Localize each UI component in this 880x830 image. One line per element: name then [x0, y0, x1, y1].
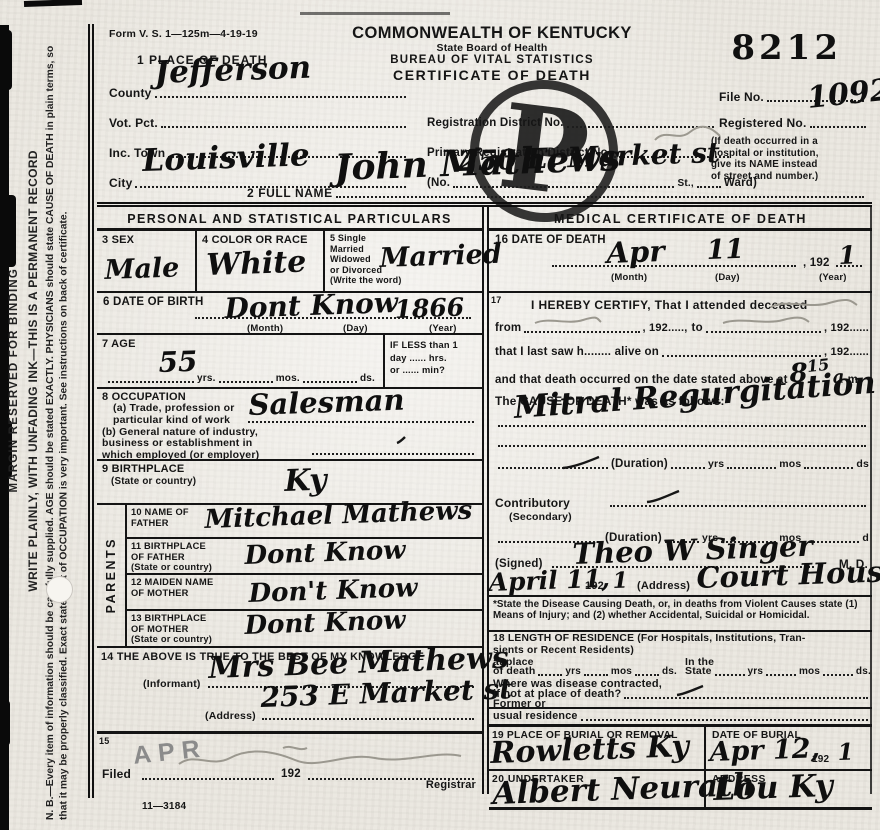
file-no-label: File No. [719, 91, 764, 104]
dob-label: 6 DATE OF BIRTH [103, 296, 204, 309]
pen-mark [561, 455, 601, 471]
pen-mark [675, 684, 705, 698]
duration2-d-label: d [862, 532, 869, 545]
to-label: to [692, 322, 703, 335]
state-mos-label: mos [799, 665, 820, 678]
undertaker-address-cell: ADDRESS Lou Ky [704, 771, 872, 807]
full-name-value: John Mathews [334, 140, 621, 186]
dob-year-value: 1866 [394, 295, 464, 322]
age-label: 7 AGE [102, 338, 136, 351]
mother-maiden-name-value: Don't Know [248, 575, 418, 607]
header-titles: COMMONWEALTH OF KENTUCKY State Board of … [332, 24, 652, 83]
filed-section-number: 15 [99, 735, 109, 748]
state-ds-label: ds. [856, 665, 871, 678]
dob-month-caption: (Month) [247, 322, 283, 335]
dotted-leader [161, 124, 406, 128]
dotted-leader [584, 672, 608, 676]
father-name-value: Mitchael Mathews [204, 498, 473, 533]
res-yrs-label: yrs [565, 665, 581, 678]
from-year-dots: , 192....., [643, 322, 688, 335]
age-yrs-label: yrs. [197, 372, 216, 385]
pen-scribble [721, 315, 811, 327]
scan-blob [0, 700, 10, 746]
duration-label: (Duration) [611, 458, 668, 471]
hole-punch [46, 576, 73, 603]
dotted-leader [715, 672, 745, 676]
race-value: White [206, 248, 307, 281]
dob-value: Dont Know [224, 289, 398, 323]
cause-footnote: *State the Disease Causing Death, or, in… [493, 599, 871, 621]
dob-day-caption: (Day) [343, 322, 368, 335]
dotted-leader [552, 263, 796, 267]
state-board-subtitle: State Board of Health [332, 42, 652, 54]
city-label: City [109, 177, 132, 190]
dotted-leader [108, 379, 194, 383]
burial-year-print: 192 [812, 753, 829, 766]
mother-maiden-name-label: 12 MAIDEN NAME OF MOTHER [131, 577, 213, 598]
death-month-value: Apr [606, 237, 665, 268]
dotted-leader [810, 124, 867, 128]
dotted-leader [538, 672, 562, 676]
death-year-print-label: , 192 [803, 257, 830, 270]
county-value: Jefferson [154, 53, 312, 89]
pen-mark [395, 435, 407, 445]
voting-precinct-label: Vot. Pct. [109, 117, 158, 130]
hospital-note: (If death occurred in a hospital or inst… [711, 136, 873, 182]
burial-year-value: 1 [837, 740, 854, 764]
marital-cell: 5 Single Married Widowed or Divorced (Wr… [325, 231, 482, 291]
dotted-leader [662, 353, 821, 357]
dob-year-caption: (Year) [429, 322, 457, 335]
mother-birthplace-value: Dont Know [244, 607, 406, 639]
date-of-death-label: 16 DATE OF DEATH [495, 234, 606, 247]
certify-statement: I HEREBY CERTIFY, That I attended deceas… [531, 299, 808, 312]
dotted-leader [804, 539, 859, 543]
birthplace-sub-label: (State or country) [111, 475, 196, 488]
signed-address-label: (Address) [637, 580, 690, 593]
dotted-leader [635, 672, 659, 676]
dotted-leader [219, 379, 273, 383]
dod-month-caption: (Month) [611, 271, 647, 284]
residence-section-label: 18 LENGTH OF RESIDENCE (For Hospitals, I… [493, 633, 806, 656]
bureau-subtitle: BUREAU OF VITAL STATISTICS [332, 54, 652, 67]
dotted-leader [706, 329, 821, 333]
registered-no-value: 1092 [806, 75, 880, 114]
to-year-dots: , 192...... [824, 322, 869, 335]
father-birthplace-value: Dont Know [244, 537, 406, 569]
mother-birthplace-label: 13 BIRTHPLACE OF MOTHER (State or countr… [131, 613, 212, 645]
margin-write-plainly-label: WRITE PLAINLY, WITH UNFADING INK—THIS IS… [26, 150, 40, 592]
form-left-double-border [88, 24, 94, 798]
last-saw-label: that I last saw h........ alive on [495, 346, 659, 359]
parents-label: PARENTS [105, 537, 118, 613]
dotted-leader [155, 94, 406, 98]
state-yrs-label: yrs [748, 665, 764, 678]
if-less-label: IF LESS than 1 day ...... hrs. or ......… [390, 339, 458, 377]
registered-no-label: Registered No. [719, 117, 807, 130]
form-columns: PERSONAL AND STATISTICAL PARTICULARS 3 S… [97, 207, 872, 794]
dotted-leader [766, 672, 796, 676]
dod-year-caption: (Year) [819, 271, 847, 284]
medical-column: MEDICAL CERTIFICATE OF DEATH 16 DATE OF … [489, 207, 872, 794]
dotted-leader [804, 465, 853, 469]
burial-date-value: Apr 12, [709, 735, 820, 766]
parents-rows: 10 NAME OF FATHER Mitchael Mathews 11 BI… [127, 505, 482, 646]
scan-blob [0, 195, 16, 267]
commonwealth-title: COMMONWEALTH OF KENTUCKY [332, 24, 652, 42]
pen-mark [645, 489, 681, 505]
dotted-leader [671, 465, 705, 469]
age-mos-label: mos. [276, 372, 300, 385]
dotted-leader [262, 716, 474, 720]
scan-blob [24, 0, 82, 7]
secondary-label: (Secondary) [509, 511, 572, 524]
serial-number: 8212 [731, 28, 842, 68]
dotted-leader [823, 672, 853, 676]
duration-ds-label: ds [856, 458, 869, 471]
death-certificate-scan: MARGIN RESERVED FOR BINDING WRITE PLAINL… [0, 0, 880, 830]
margin-binding-label: MARGIN RESERVED FOR BINDING [8, 268, 20, 493]
registration-district-label: Registration District No. [427, 117, 564, 130]
signed-year-value: 1 [612, 569, 628, 592]
burial-place-cell: 19 PLACE OF BURIAL OR REMOVAL Rowletts K… [489, 727, 704, 769]
personal-column: PERSONAL AND STATISTICAL PARTICULARS 3 S… [97, 207, 482, 794]
marital-value: Married [379, 241, 502, 272]
pen-scribble [533, 315, 603, 327]
res-ds-label: ds. [662, 665, 677, 678]
dotted-leader [142, 776, 274, 780]
registrar-label: Registrar [426, 779, 476, 792]
last-saw-year-dots: , 192...... [824, 346, 869, 359]
certificate-form: Form V. S. 1—125m—4-19-19 COMMONWEALTH O… [97, 22, 872, 794]
contributory-label: Contributory [495, 497, 570, 510]
burial-place-value: Rowletts Ky [490, 732, 689, 769]
sex-cell: 3 SEX Male [97, 231, 197, 291]
birthplace-value: Ky [284, 466, 327, 497]
of-death-label: of death [493, 665, 535, 678]
sex-value: Male [104, 254, 180, 284]
dotted-leader [836, 263, 862, 267]
dotted-leader [336, 194, 864, 198]
informant-label: (Informant) [143, 678, 201, 691]
dotted-leader [727, 465, 776, 469]
from-label: from [495, 322, 521, 335]
dotted-leader [312, 451, 474, 455]
filed-year-label: 192 [281, 768, 301, 781]
father-name-label: 10 NAME OF FATHER [131, 507, 189, 528]
undertaker-address-value: Lou Ky [713, 771, 833, 806]
age-cell: 7 AGE 55 yrs. mos. ds. [97, 335, 383, 387]
usual-residence-label: usual residence [493, 710, 578, 723]
race-cell: 4 COLOR OR RACE White [197, 231, 325, 291]
signed-year-print: 192 [585, 580, 604, 593]
father-birthplace-label: 11 BIRTHPLACE OF FATHER (State or countr… [131, 541, 212, 573]
occupation-a-label: (a) Trade, profession or particular kind… [113, 402, 235, 426]
informant-address-value: 253 E Market st [260, 675, 513, 712]
informant-address-label: (Address) [205, 710, 256, 723]
plate-number: 11—3184 [142, 800, 186, 813]
burial-date-cell: DATE OF BURIAL Apr 12, 192 1 [704, 727, 872, 769]
full-name-label: 2 FULL NAME [247, 187, 333, 200]
certify-section-number: 17 [491, 294, 501, 307]
res-mos-label: mos [611, 665, 632, 678]
county-label: County [109, 87, 152, 100]
dotted-leader [498, 423, 866, 427]
personal-section-title: PERSONAL AND STATISTICAL PARTICULARS [127, 212, 451, 226]
filed-label: Filed [102, 768, 131, 781]
filed-row: 15 APR Filed 192 Registrar [97, 734, 482, 794]
dotted-leader [498, 443, 866, 447]
sex-label: 3 SEX [102, 234, 134, 247]
city-value: Louisville [142, 140, 310, 177]
undertaker-cell: 20 UNDERTAKER Albert Neurath [489, 771, 704, 807]
dotted-leader [303, 379, 357, 383]
dotted-leader [524, 329, 639, 333]
form-number: Form V. S. 1—125m—4-19-19 [109, 28, 258, 41]
pen-scribble [769, 297, 859, 311]
death-day-value: 11 [706, 236, 744, 264]
signed-address-value: Court House [696, 557, 880, 593]
duration-yrs-label: yrs [708, 458, 724, 471]
duration-mos-label: mos [779, 458, 801, 471]
state-label: State [685, 665, 712, 678]
dod-day-caption: (Day) [715, 271, 740, 284]
if-less-box: IF LESS than 1 day ...... hrs. or ......… [383, 335, 482, 387]
scan-blob [300, 12, 450, 15]
occupation-b-label: (b) General nature of industry, business… [102, 427, 259, 461]
margin-nb-note: N. B.—Every item of information should b… [44, 28, 88, 820]
dotted-leader [581, 717, 868, 721]
parents-label-cell: PARENTS [97, 505, 127, 646]
medical-section-title: MEDICAL CERTIFICATE OF DEATH [554, 212, 807, 226]
certificate-header: Form V. S. 1—125m—4-19-19 COMMONWEALTH O… [97, 22, 872, 202]
occupation-value: Salesman [248, 386, 405, 420]
scan-blob [0, 30, 12, 90]
